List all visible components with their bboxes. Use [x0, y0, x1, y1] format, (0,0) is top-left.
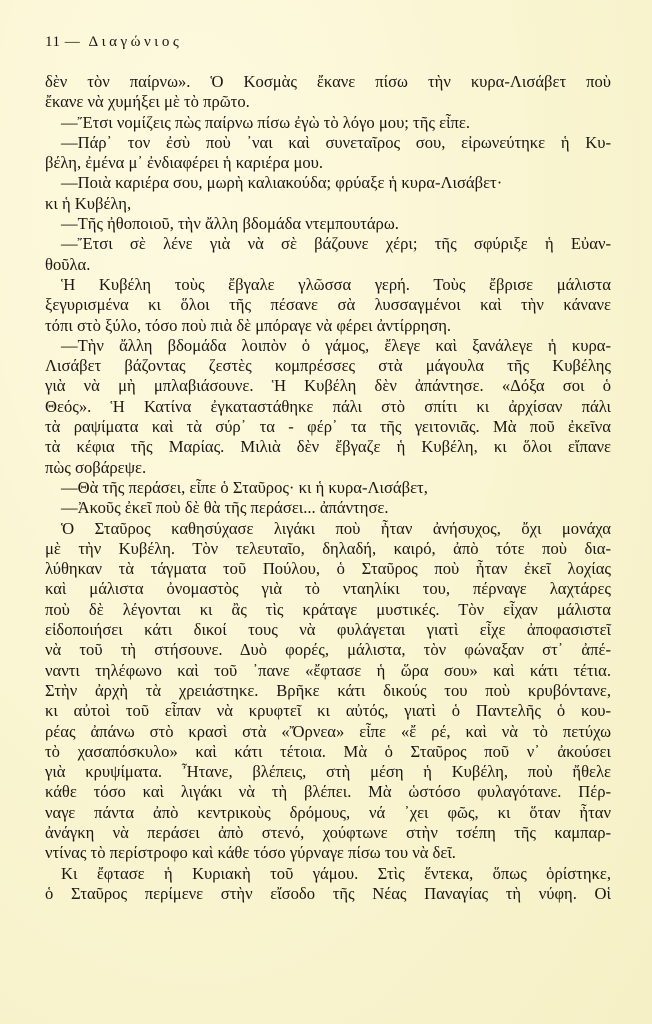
book-page: 11 — Διαγώνιος δὲν τὸν παίρνω». Ὁ Κοσμὰς… [45, 20, 611, 904]
text-line: τὰ ραψίματα καὶ τὰ σύρ᾽ τα - φέρ᾽ τα τῆς… [45, 417, 611, 437]
text-line: γιὰ νὰ μὴ μπλαβιάσουνε. Ἡ Κυβέλη δὲν ἀπά… [45, 376, 611, 396]
text-line: γιὰ κρυψίματα. Ἦτανε, βλέπεις, στὴ μέση … [45, 762, 611, 782]
text-line: βέλη, ἐμένα μ᾽ ἐνδιαφέρει ἡ καριέρα μου. [45, 153, 611, 173]
text-line: κι αὐτοὶ τοῦ εἶπαν νὰ κρυφτεῖ κι αὐτός, … [45, 701, 611, 721]
text-line: Στὴν ἀρχὴ τὰ χρειάστηκε. Βρῆκε κάτι δικο… [45, 681, 611, 701]
text-line: ποὺ δὲ λέγονται κι ἂς τὶς κράταγε μυστικ… [45, 600, 611, 620]
text-line: Λισάβετ βάζοντας ζεστὲς κομπρέσσες στὰ μ… [45, 356, 611, 376]
text-line: ἀνάγκη νὰ περάσει ἀπὸ στενό, χούφτωνε στ… [45, 823, 611, 843]
text-line: —Ἀκοῦς ἐκεῖ ποὺ δὲ θὰ τῆς περάσει... ἀπά… [45, 498, 611, 518]
running-head: 11 — Διαγώνιος [45, 34, 611, 56]
text-line: πὼς σοβάρεψε. [45, 458, 611, 478]
text-line: κι ἡ Κυβέλη, [45, 194, 611, 214]
text-line: καὶ μάλιστα ὀνομαστὸς γιὰ τὸ νταηλίκι το… [45, 579, 611, 599]
text-line: τὰ κέφια τῆς Μαρίας. Μιλιὰ δὲν ἔβγαζε ἡ … [45, 437, 611, 457]
text-line: —Τὴν ἄλλη βδομάδα λοιπὸν ὁ γάμος, ἔλεγε … [45, 336, 611, 356]
text-line: Ἡ Κυβέλη τοὺς ἔβγαλε γλῶσσα γερή. Τοὺς ἔ… [45, 275, 611, 295]
text-line: μὲ τὴν Κυβέλη. Τὸν τελευταῖο, δηλαδή, κα… [45, 539, 611, 559]
text-line: Θεός». Ἡ Κατίνα ἐγκαταστάθηκε πάλι στὸ σ… [45, 397, 611, 417]
text-line: ναντι τηλέφωνο καὶ τοῦ ᾽πανε «ἔφτασε ἡ ὥ… [45, 661, 611, 681]
text-line: λύθηκαν τὰ τάγματα τοῦ Πούλου, ὁ Σταῦρος… [45, 559, 611, 579]
text-line: —Ἔτσι νομίζεις πὼς παίρνω πίσω ἐγὼ τὸ λό… [45, 113, 611, 133]
text-line: —Τῆς ἠθοποιοῦ, τὴν ἄλλη βδομάδα ντεμπουτ… [45, 214, 611, 234]
text-line: —Θὰ τῆς περάσει, εἶπε ὁ Σταῦρος· κι ἡ κυ… [45, 478, 611, 498]
chapter-title: Διαγώνιος [88, 34, 182, 50]
text-line: ὁ Σταῦρος περίμενε στὴν εἴσοδο τῆς Νέας … [45, 884, 611, 904]
text-line: Ὁ Σταῦρος καθησύχασε λιγάκι ποὺ ἦταν ἀνή… [45, 519, 611, 539]
text-line: εἰδοποιήσει κάτι δικοί τους νὰ φυλάγεται… [45, 620, 611, 640]
text-line: ντίνας τὸ περίστροφο καὶ κάθε τόσο γύρνα… [45, 843, 611, 863]
text-line: —Ἔτσι σὲ λένε γιὰ νὰ σὲ βάζουνε χέρι; τῆ… [45, 234, 611, 254]
body-text: δὲν τὸν παίρνω». Ὁ Κοσμὰς ἔκανε πίσω τὴν… [45, 72, 611, 904]
text-line: —Πάρ᾽ τον ἐσὺ ποὺ ᾽ναι καὶ συνεταῖρος σο… [45, 133, 611, 153]
text-line: ἔκανε νὰ χυμήξει μὲ τὸ πρῶτο. [45, 92, 611, 112]
page-number: 11 — [45, 34, 80, 50]
text-line: ρέας ἀπάνω στὸ κρασὶ στὰ «Ὄρνεα» εἶπε «ἔ… [45, 722, 611, 742]
text-line: τόπι στὸ ξύλο, τόσο ποὺ πιὰ δὲ μπόραγε ν… [45, 316, 611, 336]
text-line: νὰ τοῦ τὴ στήσουνε. Δυὸ φορές, μάλιστα, … [45, 640, 611, 660]
text-line: —Ποιὰ καριέρα σου, μωρὴ καλιακούδα; φρύα… [45, 173, 611, 193]
text-line: ναγε πάντα ἀπὸ κεντρικοὺς δρόμους, νά ᾽χ… [45, 803, 611, 823]
text-line: τὸ χασαπόσκυλο» καὶ κάτι τέτοια. Μὰ ὁ Στ… [45, 742, 611, 762]
text-line: κάθε τόσο καὶ λιγάκι νὰ τὴ βλέπει. Μὰ ὡσ… [45, 782, 611, 802]
text-line: Κι ἔφτασε ἡ Κυριακὴ τοῦ γάμου. Στὶς ἕντε… [45, 864, 611, 884]
text-line: θοῦλα. [45, 255, 611, 275]
text-line: δὲν τὸν παίρνω». Ὁ Κοσμὰς ἔκανε πίσω τὴν… [45, 72, 611, 92]
text-line: ξεγυρισμένα κι ὅλοι τῆς πέσανε σὰ λυσσαγ… [45, 295, 611, 315]
